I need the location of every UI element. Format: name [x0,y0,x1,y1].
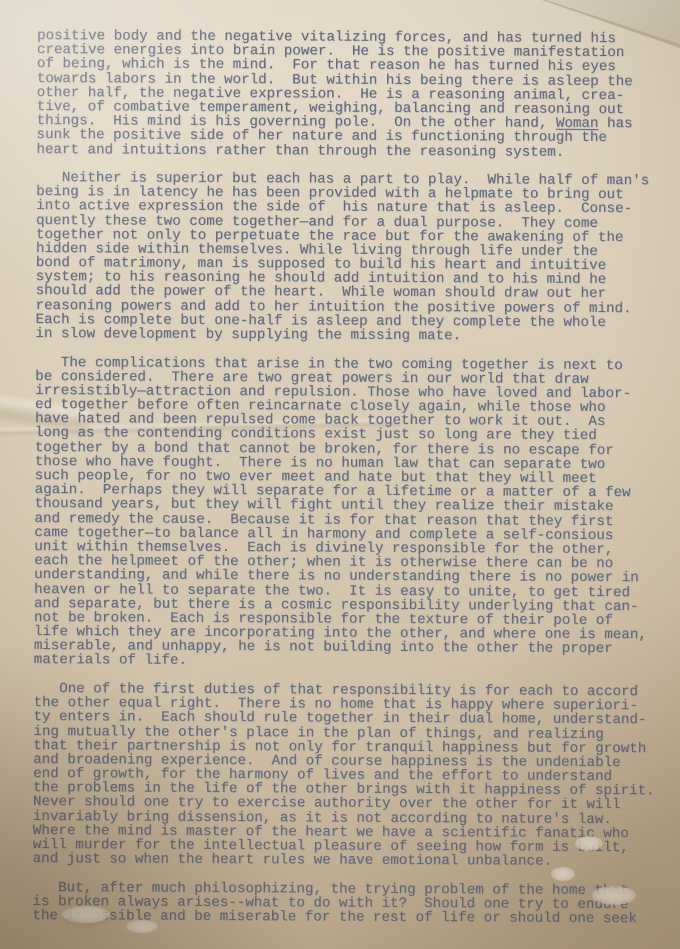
photographed-page: positive body and the negative vitalizin… [0,0,680,949]
photo-vignette [0,0,680,949]
